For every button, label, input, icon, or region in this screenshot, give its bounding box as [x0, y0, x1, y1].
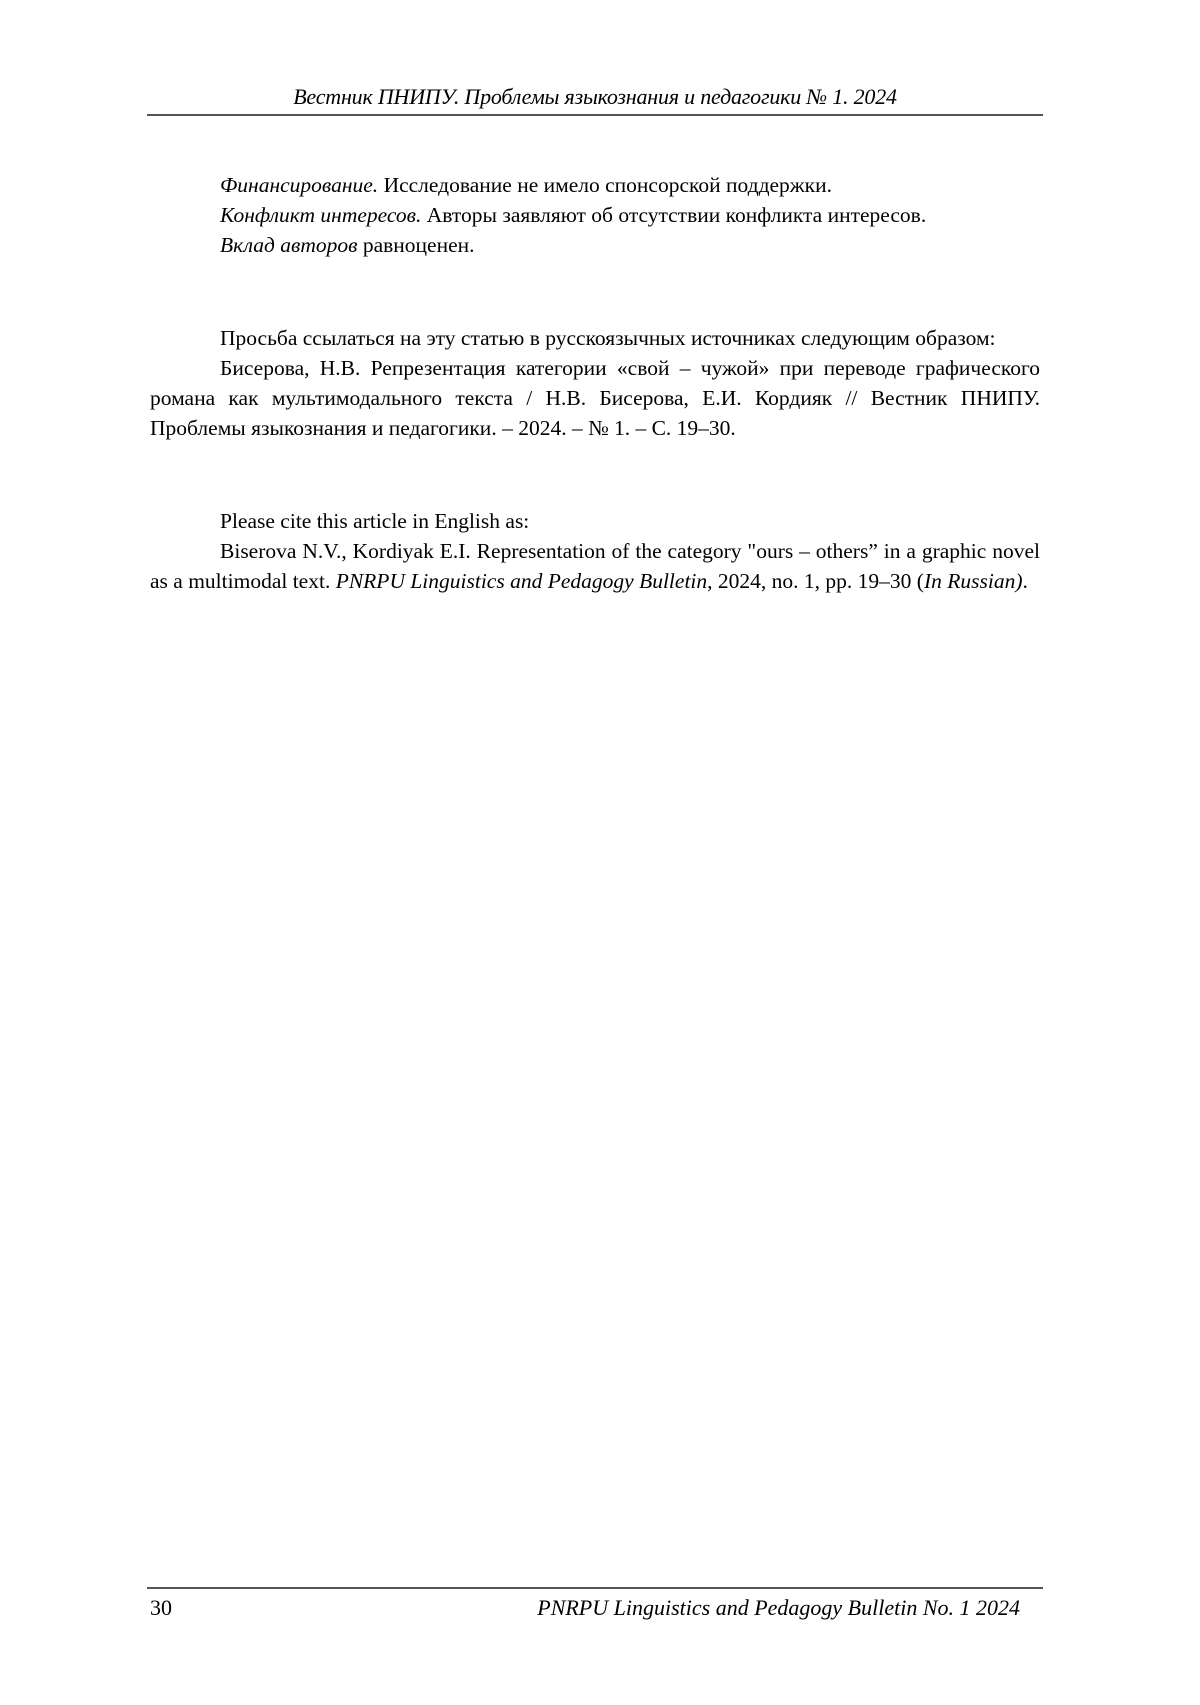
citation-ru-intro: Просьба ссылаться на эту статью в русско… [150, 323, 1040, 353]
citation-en-journal: PNRPU Linguistics and Pedagogy Bulletin [336, 569, 707, 593]
citation-en-mid: , 2024, no. 1, pp. 19–30 ( [707, 569, 924, 593]
conflict-text: Авторы заявляют об отсутствии конфликта … [421, 203, 926, 227]
funding-label: Финансирование. [220, 173, 378, 197]
funding-statement: Финансирование. Исследование не имело сп… [150, 170, 1040, 200]
citation-en-end: . [1022, 569, 1027, 593]
contribution-label: Вклад авторов [220, 233, 357, 257]
contribution-text: равноценен. [357, 233, 474, 257]
citation-en-intro: Please cite this article in English as: [150, 506, 1040, 536]
page-number: 30 [150, 1595, 172, 1621]
declarations-section: Финансирование. Исследование не имело сп… [150, 170, 1040, 260]
footer-journal-title: PNRPU Linguistics and Pedagogy Bulletin … [537, 1595, 1020, 1621]
citation-russian-section: Просьба ссылаться на эту статью в русско… [150, 323, 1040, 443]
citation-en-reference: Biserova N.V., Kordiyak E.I. Representat… [150, 536, 1040, 596]
conflict-label: Конфликт интересов. [220, 203, 421, 227]
citation-en-language: In Russian) [924, 569, 1023, 593]
header-rule [147, 114, 1043, 116]
contribution-statement: Вклад авторов равноценен. [150, 230, 1040, 260]
citation-english-section: Please cite this article in English as: … [150, 506, 1040, 596]
funding-text: Исследование не имело спонсорской поддер… [378, 173, 832, 197]
running-header: Вестник ПНИПУ. Проблемы языкознания и пе… [147, 84, 1043, 110]
footer-rule [147, 1587, 1043, 1589]
citation-ru-reference: Бисерова, Н.В. Репрезентация категории «… [150, 353, 1040, 443]
conflict-statement: Конфликт интересов. Авторы заявляют об о… [150, 200, 1040, 230]
